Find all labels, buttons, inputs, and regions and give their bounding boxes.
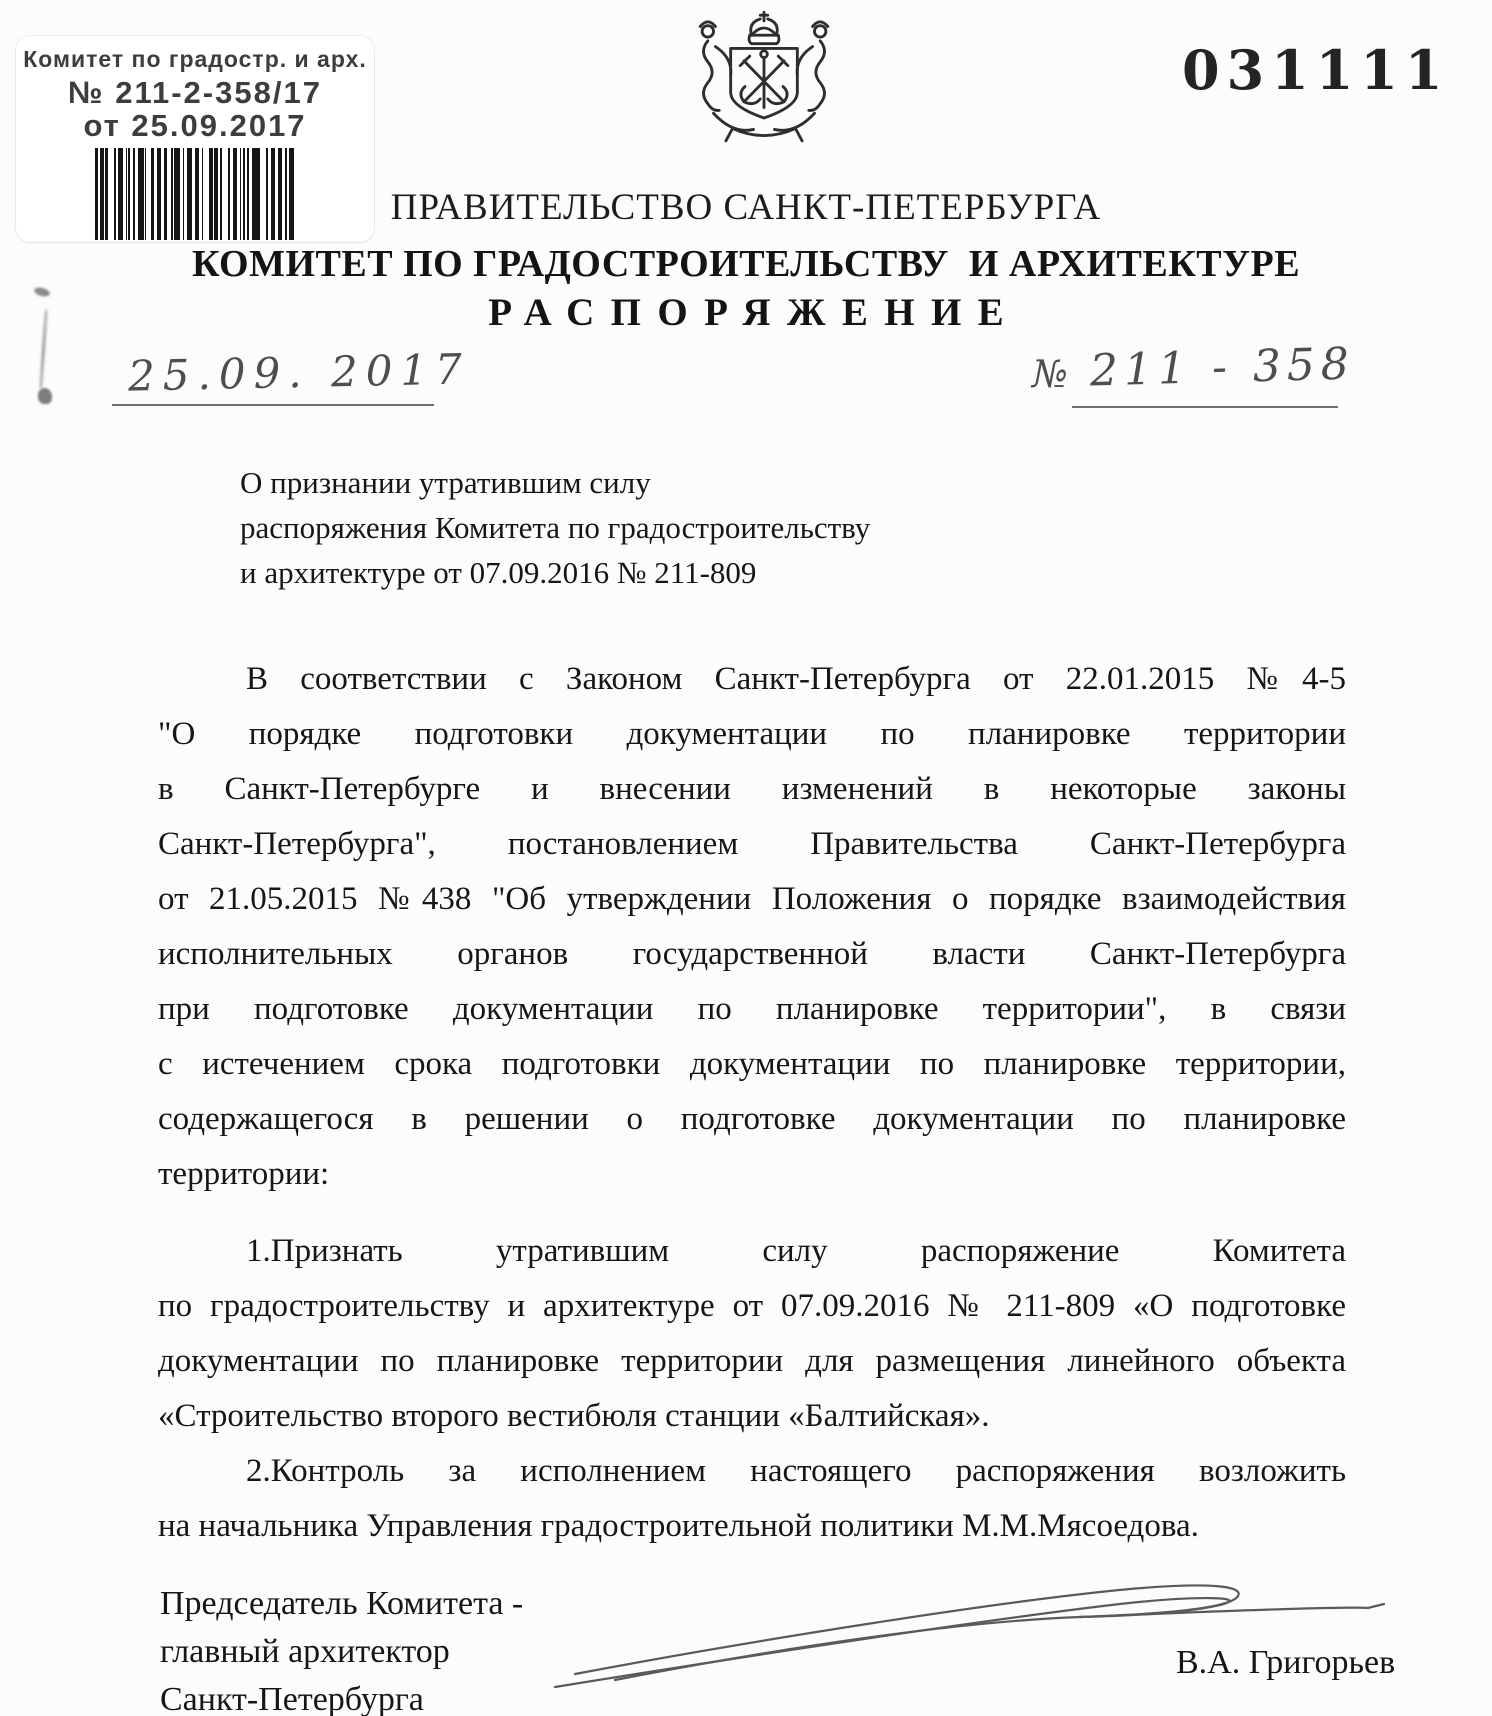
sticker-reg-number: № 211-2-358/17 [16,75,374,111]
scan-artifact [38,388,52,404]
subject-block: О признании утратившим силу распоряжения… [240,460,870,595]
paragraph-item-2: 2.Контроль за исполнением настоящего рас… [158,1444,1346,1554]
body-line: по градостроительству и архитектуре от 0… [158,1279,1346,1334]
body-line: "О порядке подготовки документации по пл… [158,707,1346,762]
header-doc-type: РАСПОРЯЖЕНИЕ [0,290,1492,335]
number-sign: № [1032,352,1068,396]
body-line: на начальника Управления градостроительн… [158,1499,1346,1554]
body-line: Санкт-Петербурга", постановлением Правит… [158,817,1346,872]
handwritten-number: 211 - 358 [1089,339,1355,397]
inventory-number: 031111 [1182,38,1449,102]
sticker-reg-date: от 25.09.2017 [16,108,374,144]
body-line: «Строительство второго вестибюля станции… [158,1389,1346,1444]
body-line: с истечением срока подготовки документац… [158,1037,1346,1092]
signer-name: В.А. Григорьев [1176,1644,1395,1682]
signer-position-line: главный архитектор [160,1628,523,1676]
number-underline [1072,406,1338,408]
header-government: ПРАВИТЕЛЬСТВО САНКТ-ПЕТЕРБУРГА [0,186,1492,229]
body-text: В соответствии с Законом Санкт-Петербург… [158,652,1346,1554]
subject-line: О признании утратившим силу [240,460,870,505]
signer-position-line: Председатель Комитета - [160,1580,523,1628]
body-line: при подготовке документации по планировк… [158,982,1346,1037]
body-line: В соответствии с Законом Санкт-Петербург… [158,652,1346,707]
subject-line: и архитектуре от 07.09.2016 № 211-809 [240,550,870,595]
body-line: документации по планировке территории дл… [158,1334,1346,1389]
sticker-org-abbrev: Комитет по градостр. и арх. [16,46,374,73]
paragraph-preamble: В соответствии с Законом Санкт-Петербург… [158,652,1346,1202]
handwritten-date: 25.09. 2017 [128,344,471,400]
paragraph-item-1: 1.Признать утратившим силу распоряжение … [158,1224,1346,1444]
header-committee: КОМИТЕТ ПО ГРАДОСТРОИТЕЛЬСТВУ И АРХИТЕКТ… [0,242,1492,286]
document-page: Комитет по градостр. и арх. № 211-2-358/… [0,0,1492,1716]
body-line: 2.Контроль за исполнением настоящего рас… [158,1444,1346,1499]
paragraph-gap [158,1202,1346,1224]
body-line: 1.Признать утратившим силу распоряжение … [158,1224,1346,1279]
body-line: территории: [158,1147,1346,1202]
date-underline [112,404,434,406]
body-line: от 21.05.2015 №438 "Об утверждении Полож… [158,872,1346,927]
body-line: содержащегося в решении о подготовке док… [158,1092,1346,1147]
signer-position: Председатель Комитета - главный архитект… [160,1580,523,1716]
coat-of-arms-icon [664,4,864,152]
subject-line: распоряжения Комитета по градостроительс… [240,505,870,550]
signer-position-line: Санкт-Петербурга [160,1676,523,1716]
body-line: в Санкт-Петербурге и внесении изменений … [158,762,1346,817]
body-line: исполнительных органов государственной в… [158,927,1346,982]
